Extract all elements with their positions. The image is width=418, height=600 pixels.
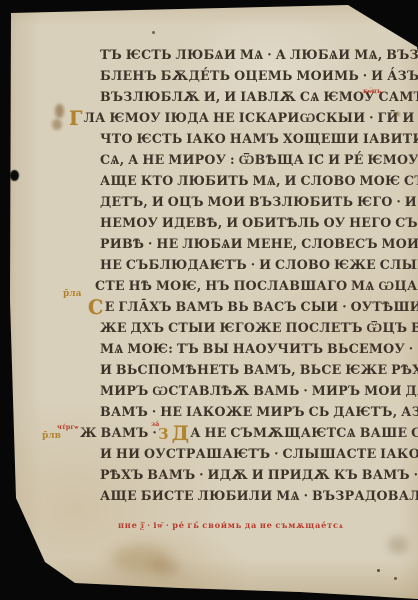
text-segment: Е ГЛА̄ХЪ ВАМЪ ВЬ ВАСЪ СЫИ · ОУТѢШИТЕЛЬ	[105, 300, 418, 315]
speck-3	[152, 31, 155, 34]
text-segment: БЛЕНЪ БѪДЕ́ТЬ ОЦЕМЬ МОИМЬ · И А́ЗЪ	[100, 69, 418, 84]
text-segment: АЩЕ БИСТЕ ЛЮБИЛИ МѦ · ВЪЗРАДОВАЛИ СѦ	[100, 489, 418, 504]
end-of-reading-mark: кѡ́цъ	[363, 87, 382, 95]
manuscript-line: БЛЕНЪ БѪДЕ́ТЬ ОЦЕМЬ МОИМЬ · И А́ЗЪ	[100, 69, 418, 84]
smudge-right	[388, 536, 408, 554]
text-segment: НЕ СЪБЛЮДАѤТЪ · И СЛОВО ѤЖЕ СЛЫША	[100, 258, 418, 273]
rubric-note-thursday: чт́ргѡ	[57, 423, 78, 431]
text-segment: МѦ МОѤ: ТЪ ВЫ НАОУЧИТЪ ВЬСЕМОУ ·	[100, 342, 413, 357]
text-segment: ВАМЪ · НЕ ІАКОЖЕ МИРЪ СЬ ДАѤТЪ, АЗЪ ДА	[100, 405, 418, 420]
manuscript-line: РѢХЪ ВАМЪ · ИДѪ И ПРИДѪ КЪ ВАМЪ ·	[100, 468, 418, 483]
text-segment: З	[158, 425, 169, 443]
speck-1	[377, 569, 380, 572]
pericope-number-131: р̄ла	[63, 289, 81, 299]
illuminated-initial: С	[88, 295, 104, 319]
text-segment: Ж ВАМЪ ·	[80, 426, 157, 441]
manuscript-line: пне ѯ̄ · іѡ̄ · ре́ гь̄ свои́мь да не съм…	[118, 519, 344, 534]
text-segment: И ВЬСПОМѢНЕТЬ ВАМЪ, ВЬСЕ ѤЖЕ РѢХЪ ВА̄ ·	[100, 363, 418, 378]
manuscript-page: ТЪ ѤСТЬ ЛЮБѦИ МѦ · А ЛЮБѦИ МѦ, ВЪЗЛЮБЛЕН…	[0, 0, 418, 600]
text-segment: АЩЕ КТО ЛЮБИТЬ МѦ, И СЛОВО МОѤ СЪБЛЮ	[100, 174, 418, 189]
text-segment: СѦ, А НЕ МИРОУ : ѾВѢЩА ІС̄ И РЕ́ ѤМОУ ·	[100, 153, 418, 168]
text-segment: ЖЕ ДХЪ СТЫИ ѤГОЖЕ ПОСЛЕТЪ ѾЦЪ ВЪ И	[100, 321, 418, 336]
manuscript-line: ЧТО ѤСТЬ ІАКО НАМЪ ХОЩЕШИ ІАВИТИ	[100, 132, 418, 147]
text-segment: ТЪ ѤСТЬ ЛЮБѦИ МѦ · А ЛЮБѦИ МѦ, ВЪЗЛЮ	[100, 48, 418, 63]
stain-bottom	[112, 546, 170, 572]
manuscript-line: И ВЬСПОМѢНЕТЬ ВАМЪ, ВЬСЕ ѤЖЕ РѢХЪ ВА̄ ·	[100, 363, 418, 378]
illuminated-initial: Д	[172, 421, 190, 445]
text-segment: пне ѯ̄ · іѡ̄ · ре́ гь̄ свои́мь да не съм…	[118, 521, 344, 531]
manuscript-line: МИРЪ ѠСТАВЛѢѪ ВАМЬ · МИРЪ МОИ ДАѪ	[100, 384, 418, 399]
manuscript-line: ТЪ ѤСТЬ ЛЮБѦИ МѦ · А ЛЮБѦИ МѦ, ВЪЗЛЮ	[100, 48, 418, 63]
manuscript-line: АЩЕ КТО ЛЮБИТЬ МѦ, И СЛОВО МОѤ СЪБЛЮ	[100, 174, 418, 189]
manuscript-line: СЕ ГЛА̄ХЪ ВАМЪ ВЬ ВАСЪ СЫИ · ОУТѢШИТЕЛЬ	[88, 300, 418, 315]
photo-background: ТЪ ѤСТЬ ЛЮБѦИ МѦ · А ЛЮБѦИ МѦ, ВЪЗЛЮБЛЕН…	[0, 0, 418, 600]
text-segment: СТЕ НѢ МОѤ, НЪ ПОСЛАВШАГО МѦ ѠЦА ·	[95, 279, 418, 294]
text-segment: И НИ ОУСТРАШАѤТЪ · СЛЫШАСТЕ ІАКО АЗЪ	[100, 447, 418, 462]
manuscript-line: ВАМЪ · НЕ ІАКОЖЕ МИРЪ СЬ ДАѤТЪ, АЗЪ ДА	[100, 405, 418, 420]
text-segment: РѢХЪ ВАМЪ · ИДѪ И ПРИДѪ КЪ ВАМЪ ·	[100, 468, 418, 483]
manuscript-line: ДЕТЪ, И ОЦЪ МОИ ВЪЗЛЮБИТЬ ѤГО · И КЬ	[100, 195, 418, 210]
manuscript-line: Ж ВАМЪ ·ЗДА НЕ СЪМѪЩАѤТСѦ ВАШЕ СРЦЕ	[80, 426, 418, 442]
pericope-number-132: р̄лв	[42, 431, 61, 441]
manuscript-line: ЖЕ ДХЪ СТЫИ ѤГОЖЕ ПОСЛЕТЪ ѾЦЪ ВЪ И	[100, 321, 418, 336]
stain-bottom-2	[150, 560, 180, 574]
worm-hole	[10, 170, 19, 181]
manuscript-line: СѦ, А НЕ МИРОУ : ѾВѢЩА ІС̄ И РЕ́ ѤМОУ ·	[100, 153, 418, 168]
manuscript-line: МѦ МОѤ: ТЪ ВЫ НАОУЧИТЪ ВЬСЕМОУ ·	[100, 342, 413, 357]
manuscript-line: РИВѢ · НЕ ЛЮБѦИ МЕНЕ, СЛОВЕСЪ МОИХЪ	[100, 237, 418, 252]
text-segment: МИРЪ ѠСТАВЛѢѪ ВАМЬ · МИРЪ МОИ ДАѪ	[100, 384, 418, 399]
text-segment: ЛА ѤМОУ ІЮДА НЕ ІСКАРИѠСКЫИ · ГӢ И	[84, 111, 415, 126]
illuminated-initial: Г	[69, 106, 83, 130]
manuscript-line: АЩЕ БИСТЕ ЛЮБИЛИ МѦ · ВЪЗРАДОВАЛИ СѦ	[100, 489, 418, 504]
text-segment: ЧТО ѤСТЬ ІАКО НАМЪ ХОЩЕШИ ІАВИТИ	[100, 132, 418, 147]
speck-2	[394, 577, 397, 580]
manuscript-line: И НИ ОУСТРАШАѤТЪ · СЛЫШАСТЕ ІАКО АЗЪ	[100, 447, 418, 462]
ink-offset-spot	[55, 104, 64, 118]
manuscript-line: СТЕ НѢ МОѤ, НЪ ПОСЛАВШАГО МѦ ѠЦА ·	[95, 279, 418, 294]
text-segment: НЕМОУ ИДЕВѢ, И ОБИТѢЛЬ ОУ НЕГО СЪТВО	[100, 216, 418, 231]
ink-offset-spot-2	[52, 119, 62, 130]
zachalo-note: за́	[151, 420, 159, 428]
text-segment: ДЕТЪ, И ОЦЪ МОИ ВЪЗЛЮБИТЬ ѤГО · И КЬ	[100, 195, 418, 210]
manuscript-line: НЕМОУ ИДЕВѢ, И ОБИТѢЛЬ ОУ НЕГО СЪТВО	[100, 216, 418, 231]
text-segment: А НЕ СЪМѪЩАѤТСѦ ВАШЕ СРЦЕ	[190, 426, 418, 441]
text-segment: РИВѢ · НЕ ЛЮБѦИ МЕНЕ, СЛОВЕСЪ МОИХЪ	[100, 237, 418, 252]
manuscript-line: ГЛА ѤМОУ ІЮДА НЕ ІСКАРИѠСКЫИ · ГӢ И	[69, 111, 415, 126]
manuscript-line: НЕ СЪБЛЮДАѤТЪ · И СЛОВО ѤЖЕ СЛЫША	[100, 258, 418, 273]
